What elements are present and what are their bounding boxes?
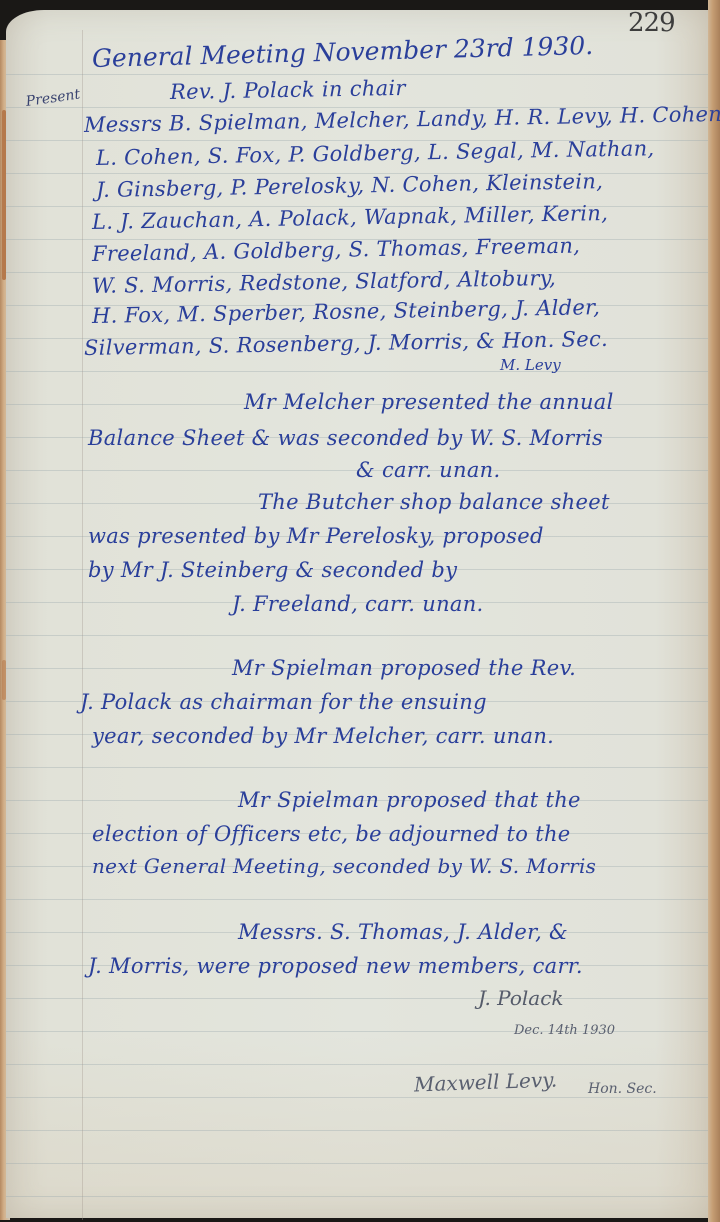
minute-line: election of Officers etc, be adjourned t… xyxy=(92,824,571,845)
minute-line: J. Freeland, carr. unan. xyxy=(232,594,484,615)
minute-line: The Butcher shop balance sheet xyxy=(258,492,610,513)
attendance-insertion: M. Levy xyxy=(500,358,561,373)
secretary-signature: Maxwell Levy. xyxy=(414,1070,558,1095)
minute-line: year, seconded by Mr Melcher, carr. unan… xyxy=(92,726,554,747)
minute-line: next General Meeting, seconded by W. S. … xyxy=(92,856,596,876)
minute-line: Mr Spielman proposed that the xyxy=(238,790,581,811)
book-edge-right xyxy=(708,0,720,1222)
chair-signature: J. Polack xyxy=(478,988,564,1008)
minute-line: Mr Melcher presented the annual xyxy=(244,392,614,413)
minute-line: Mr Spielman proposed the Rev. xyxy=(232,658,576,679)
margin-rule xyxy=(82,30,83,1220)
secretary-title: Hon. Sec. xyxy=(588,1082,657,1096)
scanned-ledger-stage: 229 Present General Meeting November 23r… xyxy=(0,0,720,1222)
minute-line: Balance Sheet & was seconded by W. S. Mo… xyxy=(88,428,603,449)
page-number: 229 xyxy=(628,8,675,38)
minute-line: J. Polack as chairman for the ensuing xyxy=(80,692,487,713)
minute-line: & carr. unan. xyxy=(356,460,500,481)
minute-line: was presented by Mr Perelosky, proposed xyxy=(88,526,544,547)
minute-line: Messrs. S. Thomas, J. Alder, & xyxy=(238,922,568,943)
minute-line: by Mr J. Steinberg & seconded by xyxy=(88,560,457,581)
minute-line: J. Morris, were proposed new members, ca… xyxy=(88,956,583,977)
approval-date: Dec. 14th 1930 xyxy=(514,1024,615,1037)
meeting-chair: Rev. J. Polack in chair xyxy=(170,78,406,103)
